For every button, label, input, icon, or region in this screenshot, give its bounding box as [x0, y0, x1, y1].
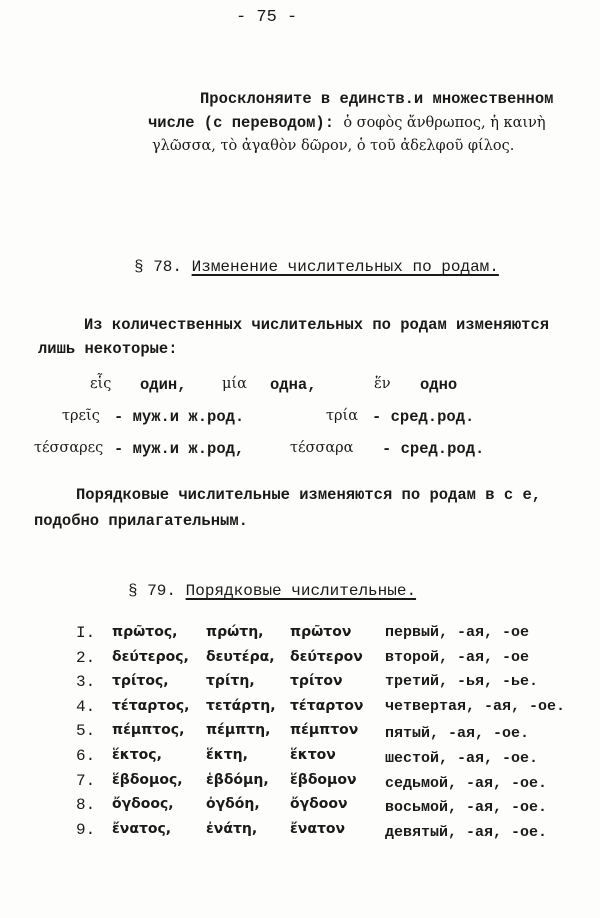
- ordinal-fem: τρίτη,: [206, 673, 255, 689]
- ordinal-fem: δευτέρα,: [206, 649, 275, 665]
- ordinal-fem: πέμπτη,: [206, 722, 270, 738]
- ordinal-masc: δεύτερος,: [112, 649, 189, 665]
- four-neut-ru: - сред.род.: [382, 440, 484, 458]
- ordinal-neut: ὄγδοον: [290, 796, 348, 812]
- four-mf-greek: τέσσαρες: [34, 440, 103, 456]
- exercise-line-2-greek: ὁ σοφὸς ἄνθρωπος, ἡ καινὴ: [343, 115, 545, 131]
- ordinal-masc: ἕκτος,: [112, 747, 162, 763]
- ordinal-number: 8.: [76, 796, 95, 814]
- ordinal-masc: ἔνατος,: [112, 821, 171, 837]
- one-masc-ru: один,: [140, 376, 187, 394]
- ordinal-neut: τέταρτον: [290, 698, 363, 714]
- ordinal-masc: ἕβδομος,: [112, 772, 183, 788]
- ordinal-translation: седьмой, -ая, -ое.: [385, 775, 547, 792]
- ordinal-fem: τετάρτη,: [206, 698, 276, 714]
- ordinal-number: I.: [76, 624, 95, 642]
- ordinal-number: 3.: [76, 673, 95, 691]
- three-mf-greek: τρεῖς: [62, 408, 100, 424]
- one-masc-greek: εἷς: [90, 376, 111, 392]
- one-neut-greek: ἕν: [374, 376, 391, 392]
- ordinal-neut: ἔνατον: [290, 821, 345, 837]
- section-78-mark: § 78.: [134, 258, 182, 276]
- ordinal-fem: ἑβδόμη,: [206, 772, 269, 788]
- section-78-intro-2: лишь некоторые:: [38, 340, 178, 358]
- ordinal-number: 5.: [76, 722, 95, 740]
- exercise-line-1: Просклоняите в единств.и множественном: [200, 90, 553, 108]
- ordinal-number: 9.: [76, 821, 95, 839]
- ordinal-translation: второй, -ая, -ое: [385, 649, 529, 666]
- three-mf-ru: - муж.и ж.род.: [114, 408, 244, 426]
- ordinal-number: 6.: [76, 747, 95, 765]
- section-78-heading: § 78. Изменение числительных по родам.: [134, 258, 499, 276]
- ordinal-masc: ὄγδοος,: [112, 796, 174, 812]
- ordinal-fem: πρώτη,: [206, 624, 263, 640]
- ordinal-translation: первый, -ая, -ое: [385, 624, 529, 641]
- section-79-title: Порядковые числительные.: [186, 582, 416, 600]
- exercise-line-2-ru: числе (с переводом):: [148, 114, 334, 132]
- exercise-line-3-greek: γλῶσσα, τὸ ἀγαθὸν δῶρον, ὁ τοῦ ἀδελφοῦ φ…: [152, 138, 514, 154]
- ordinal-neut: τρίτον: [290, 673, 343, 689]
- ordinal-translation: пятый, -ая, -ое.: [385, 725, 529, 742]
- one-neut-ru: одно: [420, 376, 457, 394]
- page-number: - 75 -: [236, 8, 297, 27]
- ordinal-fem: ἐνάτη,: [206, 821, 257, 837]
- ordinal-masc: τέταρτος,: [112, 698, 189, 714]
- four-mf-ru: - муж.и ж.род,: [114, 440, 244, 458]
- three-neut-greek: τρία: [326, 408, 358, 424]
- ordinal-note-1: Порядковые числительные изменяются по ро…: [76, 486, 541, 504]
- ordinal-translation: шестой, -ая, -ое.: [385, 750, 538, 767]
- ordinal-neut: ἕκτον: [290, 747, 336, 763]
- ordinal-translation: третий, -ья, -ье.: [385, 673, 538, 690]
- ordinal-neut: ἕβδομον: [290, 772, 357, 788]
- one-fem-greek: μία: [222, 376, 247, 392]
- ordinal-masc: τρίτος,: [112, 673, 169, 689]
- section-78-title: Изменение числительных по родам.: [192, 258, 499, 276]
- ordinal-masc: πρῶτος,: [112, 624, 177, 640]
- ordinal-neut: πρῶτον: [290, 624, 351, 640]
- exercise-line-2: числе (с переводом): ὁ σοφὸς ἄνθρωπος, ἡ…: [148, 114, 546, 132]
- four-neut-greek: τέσσαρα: [290, 440, 353, 456]
- ordinal-translation: девятый, -ая, -ое.: [385, 824, 547, 841]
- section-78-intro-1: Из количественных числительных по родам …: [84, 316, 549, 334]
- ordinal-number: 4.: [76, 698, 95, 716]
- three-neut-ru: - сред.род.: [372, 408, 474, 426]
- ordinal-note-2: подобно прилагательным.: [34, 512, 248, 530]
- ordinal-number: 2.: [76, 649, 95, 667]
- ordinal-fem: ὀγδόη,: [206, 796, 260, 812]
- ordinal-number: 7.: [76, 772, 95, 790]
- ordinal-neut: δεύτερον: [290, 649, 363, 665]
- ordinal-translation: восьмой, -ая, -ое.: [385, 799, 547, 816]
- ordinal-neut: πέμπτον: [290, 722, 358, 738]
- one-fem-ru: одна,: [270, 376, 317, 394]
- section-79-mark: § 79.: [128, 582, 176, 600]
- section-79-heading: § 79. Порядковые числительные.: [128, 582, 416, 600]
- ordinal-masc: πέμπτος,: [112, 722, 184, 738]
- ordinal-translation: четвертая, -ая, -ое.: [385, 698, 565, 715]
- ordinal-fem: ἕκτη,: [206, 747, 248, 763]
